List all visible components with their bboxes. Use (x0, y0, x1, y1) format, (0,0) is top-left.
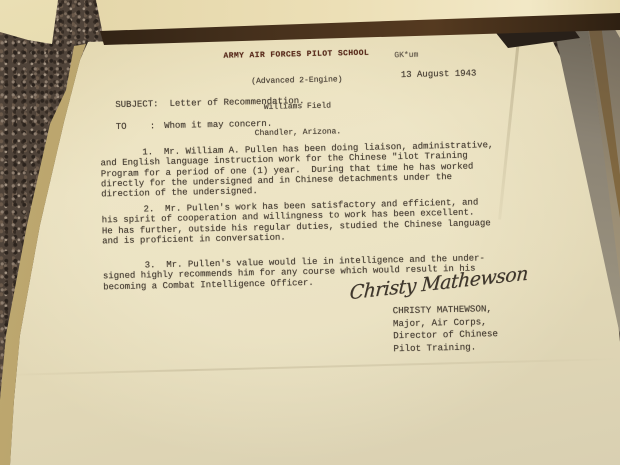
letter-date: 13 August 1943 (401, 68, 477, 80)
to-text: Whom it may concern. (164, 119, 272, 131)
photo-scene: ARMY AIR FORCES PILOT SCHOOL (Advanced 2… (0, 0, 620, 465)
subject-label: SUBJECT: (115, 99, 158, 110)
paragraph-2: 2. Mr. Pullen's work has been satisfacto… (101, 197, 522, 247)
letterhead-subunit: (Advanced 2-Engine) (197, 75, 397, 88)
letter-content: ARMY AIR FORCES PILOT SCHOOL (Advanced 2… (0, 0, 620, 465)
signer-title-line1: Director of Chinese (393, 328, 498, 343)
letterhead: ARMY AIR FORCES PILOT SCHOOL (Advanced 2… (196, 32, 398, 156)
paragraph-1: 1. Mr. William A. Pullen has been doing … (100, 140, 521, 201)
to-separator: : (150, 121, 156, 131)
office-reference: GK*um (394, 51, 418, 62)
to-label: TO (116, 121, 150, 132)
signer-title-line2: Pilot Training. (393, 341, 498, 356)
typed-signature-block: CHRISTY MATHEWSON, Major, Air Corps, Dir… (393, 303, 499, 356)
letterhead-unit-name: ARMY AIR FORCES PILOT SCHOOL (196, 49, 396, 62)
